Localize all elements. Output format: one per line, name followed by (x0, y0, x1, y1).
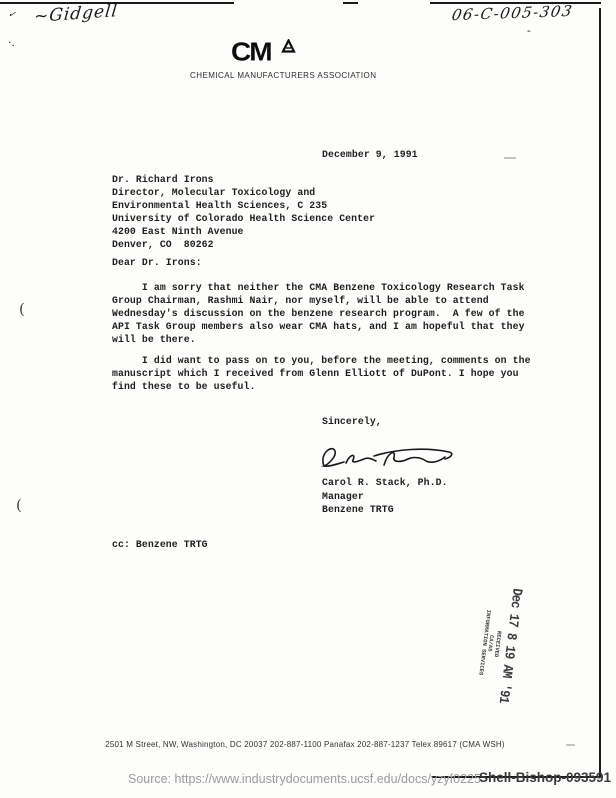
handwritten-note: ~Gidgell (33, 1, 119, 27)
body-paragraph-1: I am sorry that neither the CMA Benzene … (112, 281, 552, 346)
letter-page: ✓ ~Gidgell ·. 06-C-005-303 - CM CHEMICAL… (0, 0, 616, 798)
letterhead-footer-address: 2501 M Street, NW, Washington, DC 20037 … (0, 740, 610, 749)
archive-doc-ref: Shell-Bishop-093591 (479, 770, 611, 785)
scan-edge-top-dash (343, 2, 358, 4)
scan-artifact-paren-1: ( (19, 300, 25, 318)
received-stamp: Dec 17 8 19 AM '91 RECEIVED CA/AS INFORM… (473, 580, 524, 708)
cma-logo-a-icon (281, 39, 296, 58)
handwritten-stray-marks: ·. (8, 36, 15, 49)
recipient-address: Dr. Richard Irons Director, Molecular To… (112, 173, 375, 251)
archive-source-url: Source: https://www.industrydocuments.uc… (128, 772, 481, 786)
handwritten-dot: - (527, 24, 531, 37)
letter-date: December 9, 1991 (322, 148, 418, 161)
closing: Sincerely, (322, 415, 382, 428)
handwritten-doc-id: 06-C-005-303 (450, 2, 574, 24)
scan-artifact-paren-2: ( (16, 496, 22, 514)
signature-scribble (316, 440, 466, 481)
handwritten-checkmark: ✓ (7, 9, 16, 20)
signer-title: Manager (322, 490, 364, 503)
signer-name: Carol R. Stack, Ph.D. (322, 476, 448, 489)
cma-logo-text: CM (231, 37, 271, 66)
scan-edge-right-line (599, 8, 601, 778)
org-name: CHEMICAL MANUFACTURERS ASSOCIATION (190, 71, 376, 80)
body-paragraph-2: I did want to pass on to you, before the… (112, 354, 552, 393)
scan-smudge-near-date (504, 157, 516, 159)
signer-group: Benzene TRTG (322, 503, 394, 516)
cc-line: cc: Benzene TRTG (112, 538, 208, 551)
salutation: Dear Dr. Irons: (112, 256, 202, 269)
